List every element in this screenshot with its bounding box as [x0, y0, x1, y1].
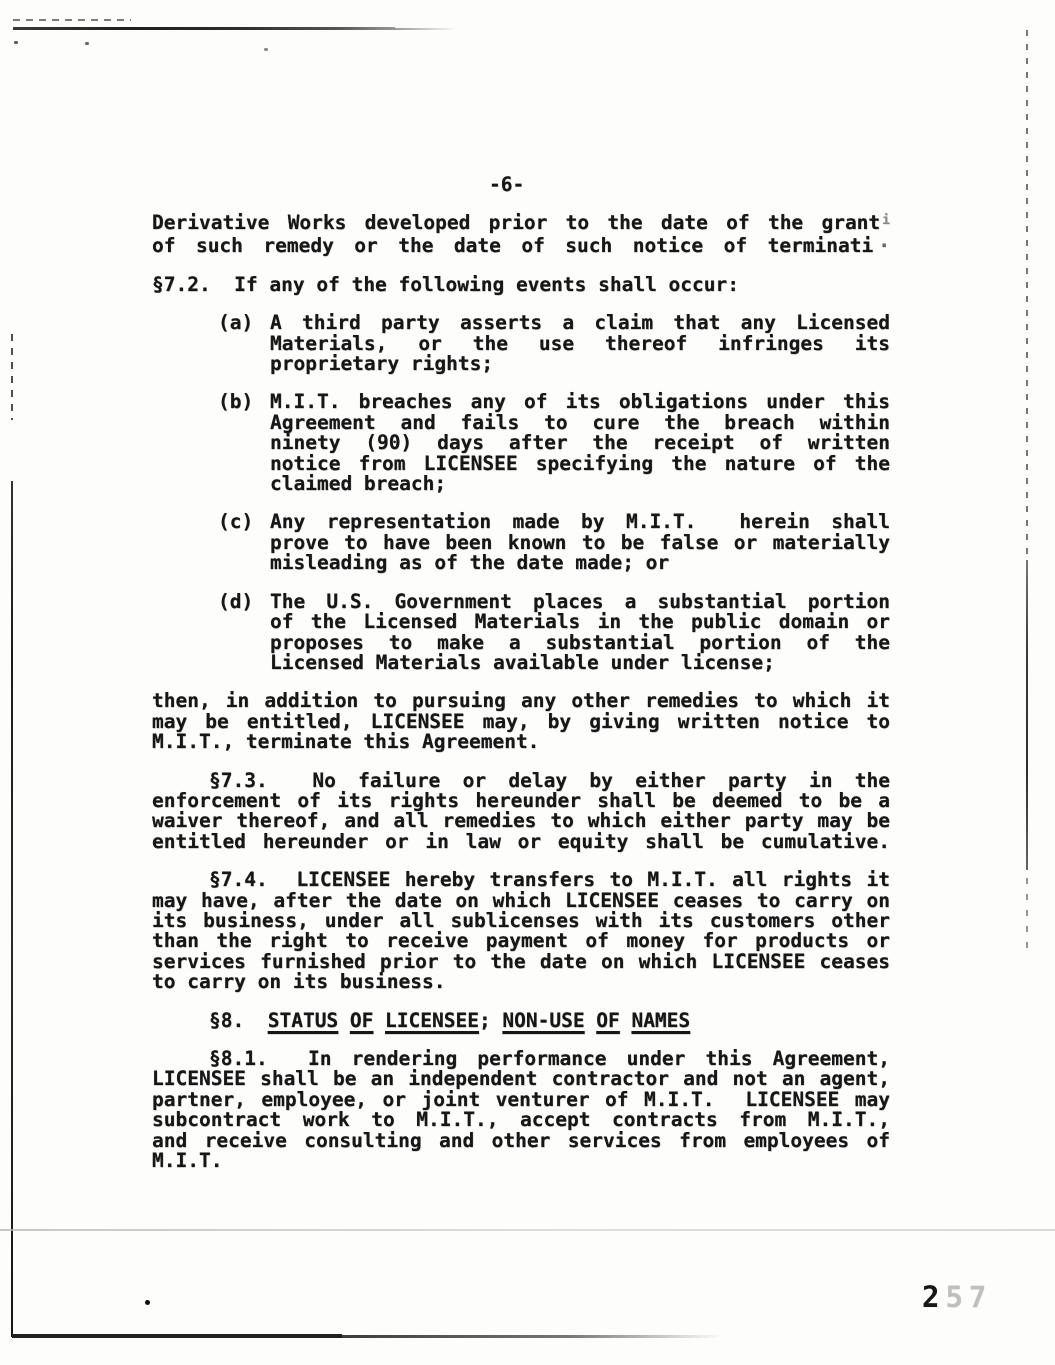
line-text: of such remedy or the date of such notic… [152, 234, 873, 257]
page-number-top: -6- [489, 175, 524, 195]
text-line: M.I.T., terminate this Agreement. [152, 732, 890, 752]
text-line: services furnished prior to the date on … [152, 952, 890, 972]
paragraph-then: then, in addition to pursuing any other … [152, 691, 890, 752]
paragraph-7-4: §7.4. LICENSEE hereby transfers to M.I.T… [152, 870, 890, 992]
list-marker: (c) [218, 512, 253, 532]
text-line: of the Licensed Materials in the public … [270, 612, 890, 632]
faded-character: · [878, 234, 890, 257]
list-item-d: (d) The U.S. Government places a substan… [152, 592, 890, 674]
text-line: §7.3. No failure or delay by either part… [152, 771, 890, 791]
text-line: may have, after the date on which LICENS… [152, 891, 890, 911]
scan-artifact-bottom-line [12, 1334, 342, 1338]
document-page: -6- Derivative Works developed prior to … [0, 0, 1055, 1365]
text-line: to carry on its business. [152, 972, 890, 992]
scan-artifact-speck [264, 48, 268, 51]
list-marker: (a) [218, 313, 253, 333]
text-line: Any representation made by M.I.T. herein… [270, 512, 890, 532]
section-8-heading: §8.STATUSOFLICENSEE;NON-USEOFNAMES [152, 1011, 890, 1031]
heading-word: STATUS [268, 1009, 338, 1032]
text-line: proposes to make a substantial portion o… [270, 633, 890, 653]
text-line: prove to have been known to be false or … [270, 533, 890, 553]
text-line: LICENSEE shall be an independent contrac… [152, 1069, 890, 1089]
scan-artifact-top-line-faint [395, 28, 457, 30]
text-line: subcontract work to M.I.T., accept contr… [152, 1110, 890, 1130]
text-line: The U.S. Government places a substantial… [270, 592, 890, 612]
list-item-text: Any representation made by M.I.T. herein… [270, 512, 890, 573]
heading-word: NAMES [631, 1009, 690, 1032]
document-body: Derivative Works developed prior to the … [152, 213, 890, 1189]
text-line: of such remedy or the date of such notic… [152, 236, 890, 256]
paragraph-7-3: §7.3. No failure or delay by either part… [152, 771, 890, 853]
section-number: §8. [209, 1009, 244, 1032]
scan-artifact-right-dash-tail [1026, 878, 1028, 950]
text-line: proprietary rights; [270, 354, 890, 374]
scan-artifact-speck [85, 42, 89, 45]
list-item-b: (b) M.I.T. breaches any of its obligatio… [152, 392, 890, 494]
text-line: enforcement of its rights hereunder shal… [152, 791, 890, 811]
text-line: M.I.T. breaches any of its obligations u… [270, 392, 890, 412]
scan-artifact-speck [14, 41, 18, 44]
list-item-text: The U.S. Government places a substantial… [270, 592, 890, 674]
text-line: Agreement and fails to cure the breach w… [270, 413, 890, 433]
scan-artifact-left-line [11, 481, 13, 1337]
heading-word: LICENSEE [385, 1009, 479, 1032]
text-line: may be entitled, LICENSEE may, by giving… [152, 712, 890, 732]
page-number-bottom-faint: 57 [945, 1280, 992, 1314]
text-line: §8.STATUSOFLICENSEE;NON-USEOFNAMES [152, 1011, 890, 1031]
scan-artifact-bottom-dot [145, 1300, 150, 1305]
scan-artifact-bottom-line-fade [342, 1335, 722, 1338]
list-item-a: (a) A third party asserts a claim that a… [152, 313, 890, 374]
scan-artifact-top-dashed-line [13, 19, 131, 21]
scan-artifact-right-dashed-line [1026, 30, 1028, 560]
text-line: §7.4. LICENSEE hereby transfers to M.I.T… [152, 870, 890, 890]
paragraph-7-2-intro: §7.2. If any of the following events sha… [152, 275, 890, 295]
paragraph-8-1: §8.1. In rendering performance under thi… [152, 1049, 890, 1171]
text-line: entitled hereunder or in law or equity s… [152, 832, 890, 852]
text-line: claimed breach; [270, 474, 890, 494]
heading-punctuation: ; [479, 1009, 491, 1032]
text-line: misleading as of the date made; or [270, 553, 890, 573]
scan-artifact-top-line [13, 27, 395, 30]
heading-word: NON-USE [502, 1009, 584, 1032]
line-text: Derivative Works developed prior to the … [152, 211, 880, 234]
text-line: Licensed Materials available under licen… [270, 653, 890, 673]
page-number-bottom: 257 [922, 1281, 992, 1313]
text-line: its business, under all sublicenses with… [152, 911, 890, 931]
scan-artifact-faint-rule [0, 1229, 1055, 1231]
paragraph-intro: Derivative Works developed prior to the … [152, 213, 890, 257]
faded-character: i [882, 213, 890, 228]
heading-word: OF [350, 1009, 373, 1032]
text-line: A third party asserts a claim that any L… [270, 313, 890, 333]
list-item-text: A third party asserts a claim that any L… [270, 313, 890, 374]
heading-word: OF [596, 1009, 619, 1032]
list-marker: (b) [218, 392, 253, 412]
list-item-c: (c) Any representation made by M.I.T. he… [152, 512, 890, 573]
text-line: then, in addition to pursuing any other … [152, 691, 890, 711]
text-line: §8.1. In rendering performance under thi… [152, 1049, 890, 1069]
text-line: partner, employee, or joint venturer of … [152, 1090, 890, 1110]
scan-artifact-left-dashed-line [11, 334, 13, 420]
list-item-text: M.I.T. breaches any of its obligations u… [270, 392, 890, 494]
text-line: M.I.T. [152, 1151, 890, 1171]
text-line: §7.2. If any of the following events sha… [152, 275, 890, 295]
text-line: Materials, or the use thereof infringes … [270, 334, 890, 354]
text-line: than the right to receive payment of mon… [152, 931, 890, 951]
text-line: notice from LICENSEE specifying the natu… [270, 454, 890, 474]
text-line: waiver thereof, and all remedies to whic… [152, 811, 890, 831]
text-line: and receive consulting and other service… [152, 1131, 890, 1151]
text-line: Derivative Works developed prior to the … [152, 213, 890, 236]
text-line: ninety (90) days after the receipt of wr… [270, 433, 890, 453]
page-number-bottom-visible: 2 [922, 1280, 945, 1314]
list-marker: (d) [218, 592, 253, 612]
scan-artifact-right-line [1026, 560, 1028, 870]
